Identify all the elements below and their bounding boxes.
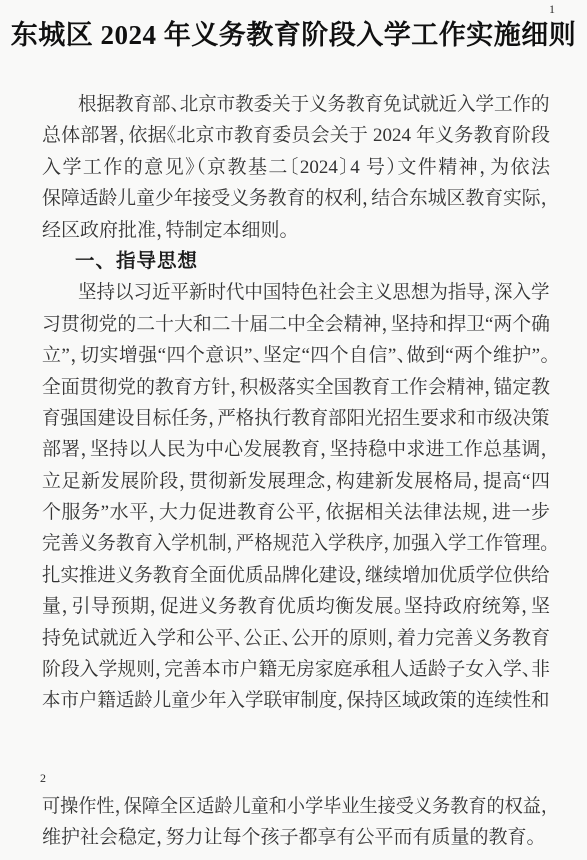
text-line: 扎实推进义务教育全面优质品牌化建设，继续增加优质学位供给 — [42, 560, 535, 591]
text-line: 立足新发展阶段，贯彻新发展理念，构建新发展格局，提高“四 — [42, 466, 550, 497]
text-line: 总体部署，依据《北京市教育委员会关于 2024 年义务教育阶段 — [42, 120, 550, 151]
text-line: 习贯彻党的二十大和二十届二中全会精神，坚持和捍卫“两个确 — [42, 309, 546, 340]
text-line: 根据教育部、北京市教委关于义务教育免试就近入学工作的 — [42, 89, 536, 120]
text-line: 维护社会稳定，努力让每个孩子都享有公平而有质量的教育。 — [42, 822, 550, 853]
text-line: 持免试就近入学和公平、公正、公开的原则，着力完善义务教育 — [42, 623, 550, 654]
page-number-1: 1 — [549, 2, 555, 16]
section1-paragraph-part2: 可操作性，保障全区适龄儿童和小学毕业生接受义务教育的权益，维护社会稳定，努力让每… — [42, 791, 550, 854]
text-line: 完善义务教育入学机制，严格规范入学秩序，加强入学工作管理。 — [42, 528, 535, 559]
section1-paragraph-part1: 坚持以习近平新时代中国特色社会主义思想为指导，深入学习贯彻党的二十大和二十届二中… — [42, 277, 550, 716]
page-number-2: 2 — [40, 771, 46, 785]
text-line: 量，引导预期，促进义务教育优质均衡发展。坚持政府统筹，坚 — [42, 591, 550, 622]
document-title: 东城区 2024 年义务教育阶段入学工作实施细则 — [0, 15, 587, 55]
document-page: 1 东城区 2024 年义务教育阶段入学工作实施细则 根据教育部、北京市教委关于… — [0, 0, 587, 860]
section1-heading: 一、指导思想 — [42, 246, 550, 277]
text-line: 阶段入学规则，完善本市户籍无房家庭承租人适龄子女入学、非 — [42, 654, 545, 685]
text-line: 育强国建设目标任务，严格执行教育部阳光招生要求和市级决策 — [42, 403, 535, 434]
intro-paragraph: 根据教育部、北京市教委关于义务教育免试就近入学工作的总体部署，依据《北京市教育委… — [42, 89, 550, 246]
text-line: 坚持以习近平新时代中国特色社会主义思想为指导，深入学 — [42, 277, 536, 308]
text-line: 本市户籍适龄儿童少年入学联审制度，保持区域政策的连续性和 — [42, 685, 535, 716]
text-line: 可操作性，保障全区适龄儿童和小学毕业生接受义务教育的权益， — [42, 791, 527, 822]
text-line: 个服务”水平，大力促进教育公平，依据相关法律法规，进一步 — [42, 497, 550, 528]
text-line: 全面贯彻党的教育方针，积极落实全国教育工作会精神，锚定教 — [42, 372, 545, 403]
text-line: 经区政府批准，特制定本细则。 — [42, 215, 550, 246]
page1-content: 根据教育部、北京市教委关于义务教育免试就近入学工作的总体部署，依据《北京市教育委… — [42, 89, 550, 717]
text-line: 保障适龄儿童少年接受义务教育的权利，结合东城区教育实际， — [42, 183, 545, 214]
text-line: 立”，切实增强“四个意识”、坚定“四个自信”、做到“两个维护”。 — [42, 340, 550, 371]
page2-content: 可操作性，保障全区适龄儿童和小学毕业生接受义务教育的权益，维护社会稳定，努力让每… — [42, 791, 550, 854]
text-line: 部署，坚持以人民为中心发展教育，坚持稳中求进工作总基调， — [42, 434, 550, 465]
text-line: 入学工作的意见》（京教基二〔2024〕4 号）文件精神，为依法 — [42, 152, 550, 183]
